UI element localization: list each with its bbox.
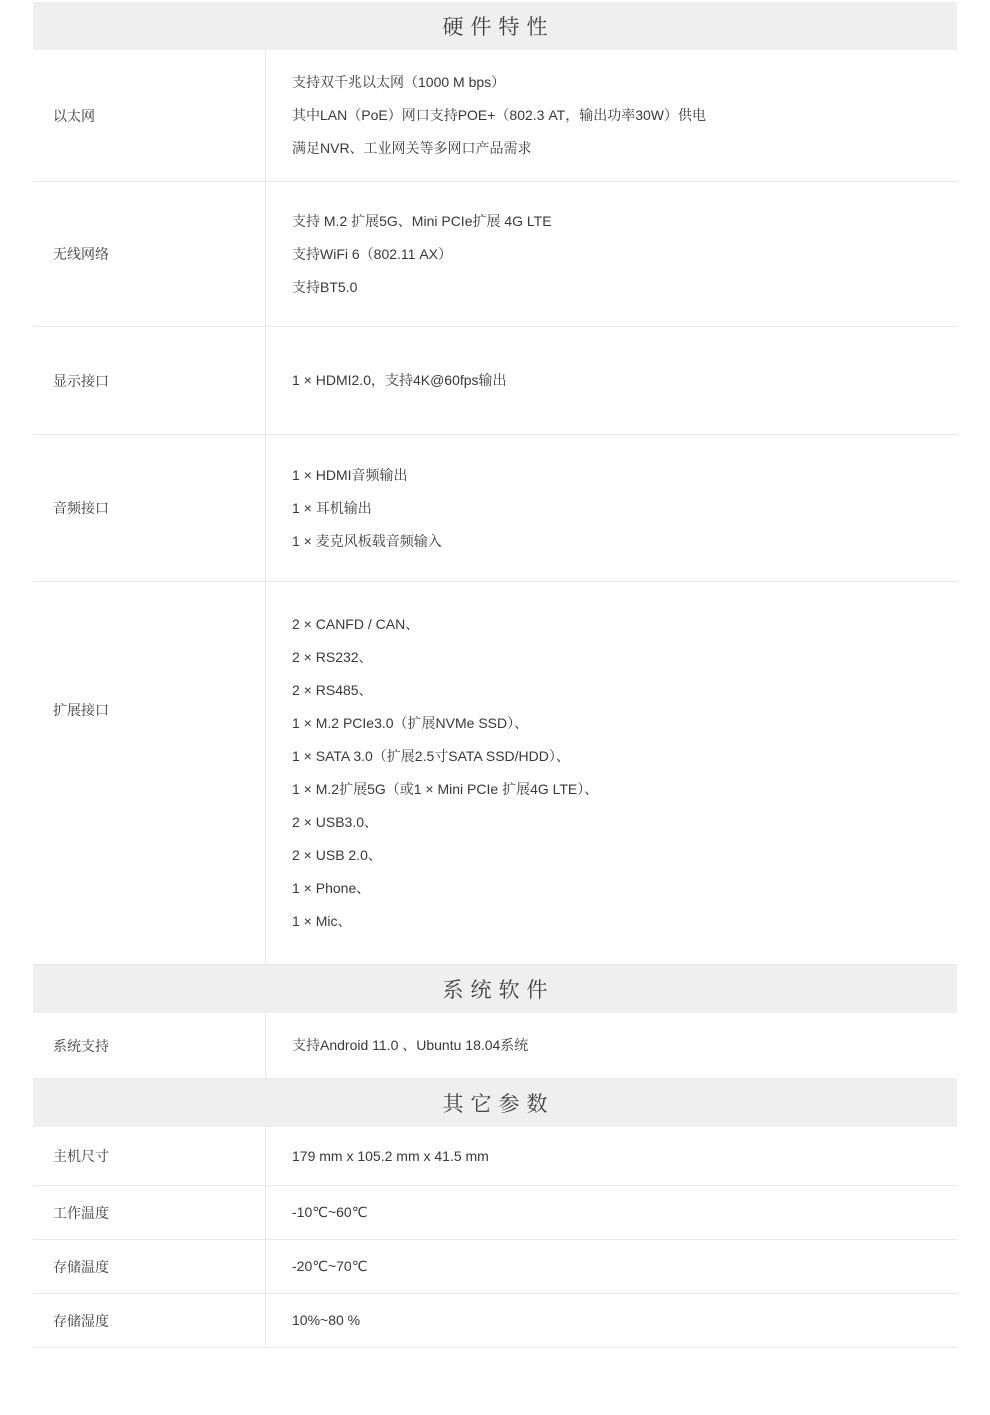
spec-label-cell: 无线网络 <box>33 182 265 326</box>
section-header: 其它参数 <box>33 1079 957 1127</box>
spec-value-line: 2 × USB3.0、 <box>292 806 957 839</box>
spec-label: 存储温度 <box>53 1257 109 1277</box>
spec-value-line: 1 × Phone、 <box>292 872 957 905</box>
spec-label-cell: 以太网 <box>33 50 265 181</box>
spec-value-line: 2 × RS232、 <box>292 641 957 674</box>
spec-value-line: 1 × HDMI2.0，支持4K@60fps输出 <box>292 364 957 397</box>
spec-sheet: 硬件特性以太网支持双千兆以太网（1000 M bps）其中LAN（PoE）网口支… <box>33 2 957 1348</box>
section-title: 系统软件 <box>436 974 555 1004</box>
spec-value-line: -20℃~70℃ <box>292 1250 957 1283</box>
spec-value-line: 1 × M.2扩展5G（或1 × Mini PCIe 扩展4G LTE）、 <box>292 773 957 806</box>
spec-value-cell: -20℃~70℃ <box>265 1240 957 1293</box>
spec-row: 主机尺寸179 mm x 105.2 mm x 41.5 mm <box>33 1127 957 1186</box>
spec-label-cell: 工作温度 <box>33 1186 265 1239</box>
spec-value-line: 支持BT5.0 <box>292 271 957 304</box>
spec-value-line: 10%~80 % <box>292 1304 957 1337</box>
spec-row: 工作温度-10℃~60℃ <box>33 1186 957 1240</box>
spec-row: 存储温度-20℃~70℃ <box>33 1240 957 1294</box>
spec-value-line: 其中LAN（PoE）网口支持POE+（802.3 AT，输出功率30W）供电 <box>292 99 957 132</box>
spec-section-2: 其它参数主机尺寸179 mm x 105.2 mm x 41.5 mm工作温度-… <box>33 1079 957 1348</box>
spec-value-line: -10℃~60℃ <box>292 1196 957 1229</box>
section-title: 其它参数 <box>436 1088 555 1118</box>
spec-value-cell: 支持Android 11.0 、Ubuntu 18.04系统 <box>265 1013 957 1078</box>
spec-value-line: 1 × M.2 PCIe3.0（扩展NVMe SSD）、 <box>292 707 957 740</box>
spec-value-line: 1 × 麦克风板载音频输入 <box>292 525 957 558</box>
spec-row: 音频接口1 × HDMI音频输出1 × 耳机输出1 × 麦克风板载音频输入 <box>33 435 957 582</box>
spec-value-line: 1 × HDMI音频输出 <box>292 459 957 492</box>
spec-label-cell: 主机尺寸 <box>33 1127 265 1185</box>
spec-value-line: 支持Android 11.0 、Ubuntu 18.04系统 <box>292 1029 957 1062</box>
spec-value-cell: 179 mm x 105.2 mm x 41.5 mm <box>265 1127 957 1185</box>
spec-value-line: 1 × Mic、 <box>292 905 957 938</box>
spec-value-cell: 支持 M.2 扩展5G、Mini PCIe扩展 4G LTE支持WiFi 6（8… <box>265 182 957 326</box>
spec-row: 显示接口1 × HDMI2.0，支持4K@60fps输出 <box>33 327 957 435</box>
spec-value-line: 179 mm x 105.2 mm x 41.5 mm <box>292 1140 957 1173</box>
spec-value-line: 支持双千兆以太网（1000 M bps） <box>292 66 957 99</box>
spec-row: 系统支持支持Android 11.0 、Ubuntu 18.04系统 <box>33 1013 957 1079</box>
spec-value-cell: 1 × HDMI2.0，支持4K@60fps输出 <box>265 327 957 434</box>
section-header: 系统软件 <box>33 965 957 1013</box>
spec-label: 以太网 <box>53 106 95 126</box>
spec-row: 存储湿度10%~80 % <box>33 1294 957 1348</box>
spec-value-line: 2 × CANFD / CAN、 <box>292 608 957 641</box>
spec-label: 工作温度 <box>53 1203 109 1223</box>
spec-label: 主机尺寸 <box>53 1146 109 1166</box>
spec-value-cell: 10%~80 % <box>265 1294 957 1347</box>
spec-section-1: 系统软件系统支持支持Android 11.0 、Ubuntu 18.04系统 <box>33 965 957 1079</box>
spec-value-line: 支持 M.2 扩展5G、Mini PCIe扩展 4G LTE <box>292 205 957 238</box>
spec-label-cell: 存储湿度 <box>33 1294 265 1347</box>
spec-label-cell: 音频接口 <box>33 435 265 581</box>
spec-label: 存储湿度 <box>53 1311 109 1331</box>
spec-label: 无线网络 <box>53 244 109 264</box>
spec-label: 音频接口 <box>53 498 109 518</box>
spec-value-line: 1 × SATA 3.0（扩展2.5寸SATA SSD/HDD）、 <box>292 740 957 773</box>
spec-value-cell: 2 × CANFD / CAN、2 × RS232、2 × RS485、1 × … <box>265 582 957 964</box>
spec-value-cell: 支持双千兆以太网（1000 M bps）其中LAN（PoE）网口支持POE+（8… <box>265 50 957 181</box>
spec-value-line: 支持WiFi 6（802.11 AX） <box>292 238 957 271</box>
spec-label-cell: 存储温度 <box>33 1240 265 1293</box>
spec-value-line: 2 × USB 2.0、 <box>292 839 957 872</box>
spec-row: 以太网支持双千兆以太网（1000 M bps）其中LAN（PoE）网口支持POE… <box>33 50 957 182</box>
spec-value-line: 2 × RS485、 <box>292 674 957 707</box>
spec-label-cell: 显示接口 <box>33 327 265 434</box>
spec-value-cell: -10℃~60℃ <box>265 1186 957 1239</box>
section-header: 硬件特性 <box>33 2 957 50</box>
section-title: 硬件特性 <box>436 11 555 41</box>
spec-row: 扩展接口2 × CANFD / CAN、2 × RS232、2 × RS485、… <box>33 582 957 965</box>
spec-value-line: 满足NVR、工业网关等多网口产品需求 <box>292 132 957 165</box>
spec-value-line: 1 × 耳机输出 <box>292 492 957 525</box>
spec-label: 系统支持 <box>53 1036 109 1056</box>
spec-label: 扩展接口 <box>53 700 109 720</box>
spec-row: 无线网络支持 M.2 扩展5G、Mini PCIe扩展 4G LTE支持WiFi… <box>33 182 957 327</box>
spec-section-0: 硬件特性以太网支持双千兆以太网（1000 M bps）其中LAN（PoE）网口支… <box>33 2 957 965</box>
spec-label-cell: 扩展接口 <box>33 582 265 964</box>
spec-value-cell: 1 × HDMI音频输出1 × 耳机输出1 × 麦克风板载音频输入 <box>265 435 957 581</box>
spec-label-cell: 系统支持 <box>33 1013 265 1078</box>
spec-label: 显示接口 <box>53 371 109 391</box>
